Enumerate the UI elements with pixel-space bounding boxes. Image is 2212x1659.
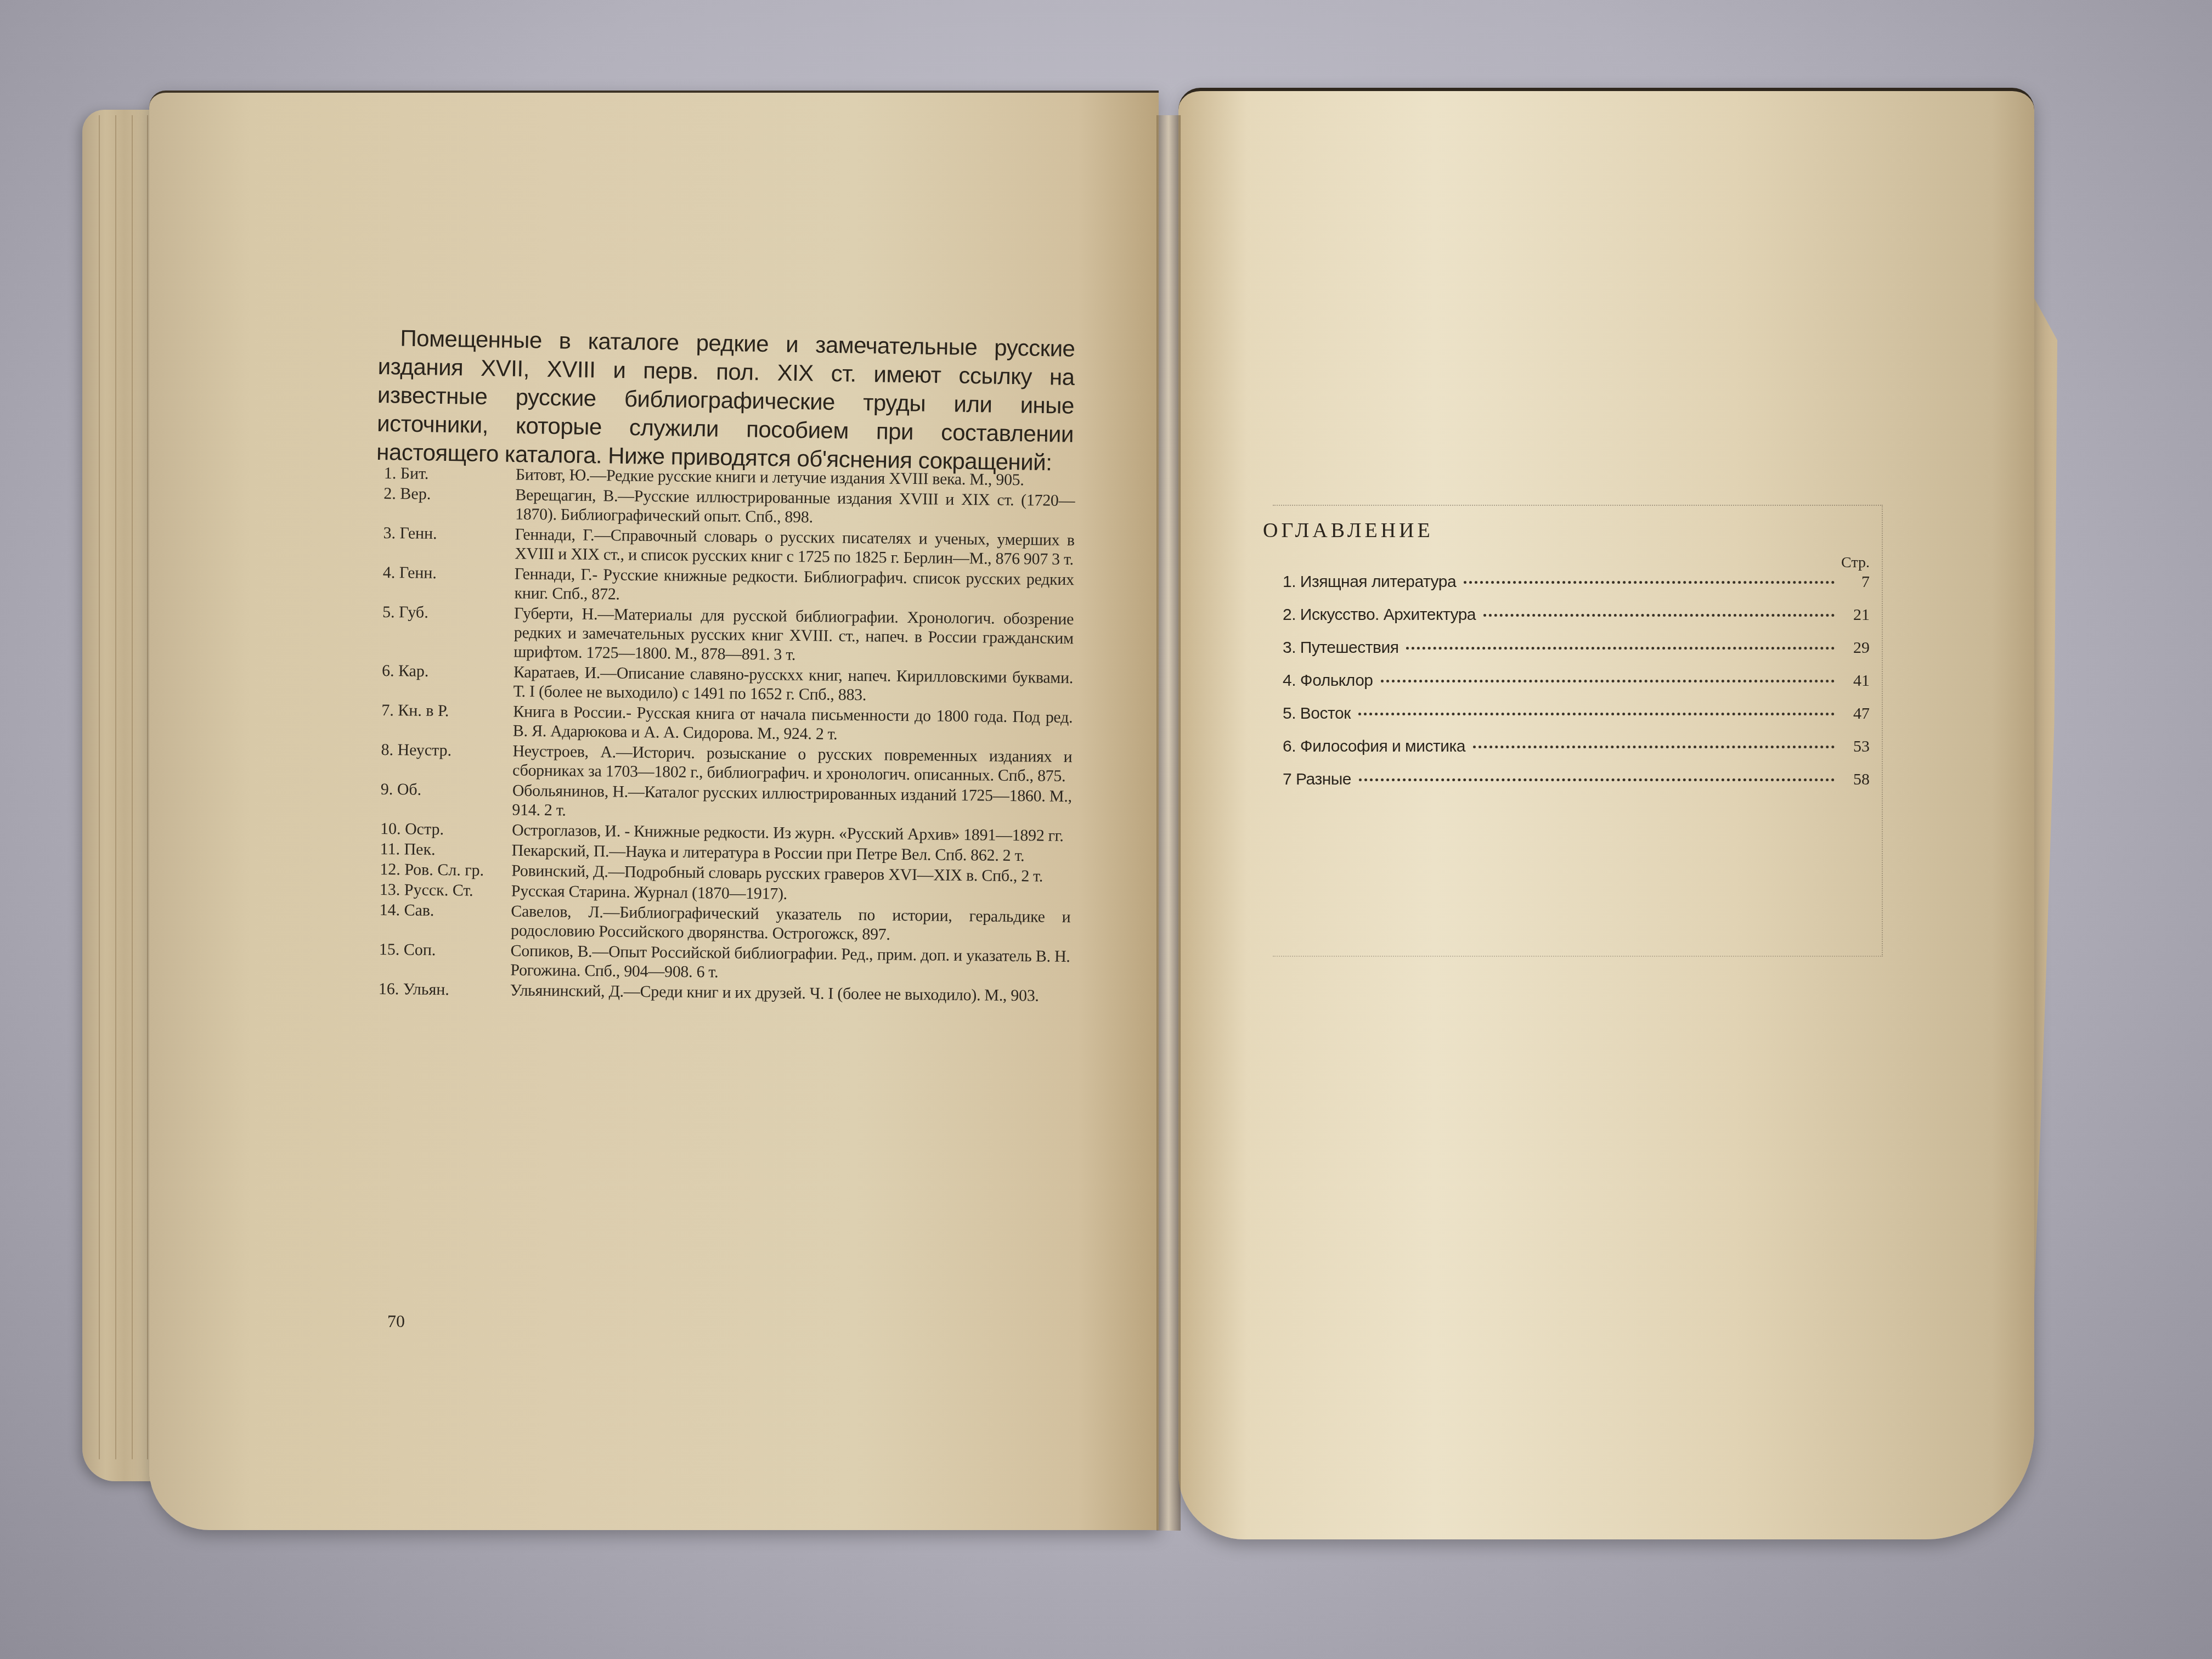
abbreviation-description: Каратаев, И.—Описание славяно-русскхх кн…	[513, 662, 1073, 707]
abbreviation-key: 14. Сав.	[379, 900, 511, 940]
dot-leader	[1359, 778, 1835, 781]
abbreviation-description: Геннади, Г.- Русские книжные редкости. Б…	[514, 565, 1074, 609]
abbreviation-entry: 7. Кн. в Р.Книга в России.- Русская книг…	[381, 701, 1073, 746]
abbreviation-key: 11. Пек.	[380, 839, 511, 860]
toc-entry-label: 5. Восток	[1283, 704, 1351, 723]
abbreviation-entry: 8. Неустр.Неустроев, А.—Историч. розыска…	[381, 740, 1073, 786]
toc-entry-page: 7	[1842, 573, 1870, 591]
abbreviation-description: Губерти, Н.—Материалы для русской библио…	[513, 603, 1074, 667]
abbreviation-entry: 5. Губ.Губерти, Н.—Материалы для русской…	[382, 602, 1074, 667]
abbreviation-key: 15. Соп.	[379, 940, 511, 980]
toc-entry-label: 1. Изящная литература	[1283, 573, 1456, 591]
abbreviation-key: 9. Об.	[380, 780, 512, 820]
toc-entry-page: 41	[1842, 672, 1870, 690]
open-book: Помещенные в каталоге редкие и замечател…	[0, 0, 2212, 1659]
intro-paragraph: Помещенные в каталоге редкие и замечател…	[376, 324, 1075, 477]
toc-entry-label: 3. Путешествия	[1283, 639, 1398, 657]
toc-entry-label: 7 Разные	[1283, 770, 1351, 789]
page-number: 70	[387, 1311, 405, 1331]
page-stack-edge	[82, 110, 159, 1481]
book-gutter	[1156, 115, 1181, 1531]
abbreviation-key: 12. Ров. Сл. гр.	[380, 860, 511, 881]
abbreviations-list: 1. Бит.Битовт, Ю.—Редкие русские книги и…	[379, 464, 1075, 1007]
abbreviation-entry: 9. Об.Обольянинов, Н.—Каталог русских ил…	[380, 780, 1072, 825]
dot-leader	[1406, 647, 1835, 650]
abbreviation-key: 4. Генн.	[382, 563, 515, 603]
abbreviation-description: Геннади, Г.—Справочный словарь о русских…	[515, 525, 1075, 569]
toc-entry: 4. Фольклор41	[1283, 672, 1870, 704]
dot-leader	[1381, 680, 1835, 682]
abbreviation-key: 16. Ульян.	[379, 979, 510, 1000]
dot-leader	[1483, 614, 1835, 617]
abbreviation-entry: 15. Соп.Сопиков, В.—Опыт Российской библ…	[379, 940, 1070, 985]
abbreviation-key: 10. Остр.	[380, 819, 512, 840]
toc-entry-page: 53	[1842, 737, 1870, 756]
abbreviation-description: Неустроев, А.—Историч. розыскание о русс…	[512, 741, 1073, 786]
abbreviation-entry: 14. Сав.Савелов, Л.—Библиографический ук…	[379, 900, 1071, 946]
toc-entry: 3. Путешествия29	[1283, 639, 1870, 672]
abbreviation-description: Верещагин, В.—Русские иллюстрированные и…	[515, 486, 1075, 530]
abbreviation-description: Сопиков, В.—Опыт Российской библиографии…	[510, 941, 1070, 985]
dot-leader	[1358, 713, 1835, 715]
toc-entry: 1. Изящная литература7	[1283, 573, 1870, 606]
abbreviation-key: 3. Генн.	[383, 523, 515, 563]
abbreviation-key: 6. Кар.	[381, 661, 513, 701]
abbreviation-key: 5. Губ.	[382, 602, 514, 662]
abbreviation-description: Книга в России.- Русская книга от начала…	[513, 702, 1073, 746]
toc-entry-label: 6. Философия и мистика	[1283, 737, 1465, 756]
abbreviation-entry: 4. Генн.Геннади, Г.- Русские книжные ред…	[382, 563, 1074, 608]
dot-leader	[1464, 581, 1835, 584]
toc-entry: 6. Философия и мистика53	[1283, 737, 1870, 770]
toc-entry-page: 21	[1842, 606, 1870, 624]
toc-entry: 7 Разные58	[1283, 770, 1870, 803]
abbreviation-description: Обольянинов, Н.—Каталог русских иллюстри…	[512, 781, 1072, 825]
toc-entry: 2. Искусство. Архитектура21	[1283, 606, 1870, 639]
abbreviation-key: 1. Бит.	[384, 464, 516, 484]
toc-entry: 5. Восток47	[1283, 704, 1870, 737]
abbreviation-entry: 6. Кар.Каратаев, И.—Описание славяно-рус…	[381, 661, 1073, 707]
toc-title: ОГЛАВЛЕНИЕ	[1263, 518, 1434, 543]
toc-entry-page: 29	[1842, 639, 1870, 657]
toc-entry-page: 47	[1842, 704, 1870, 723]
table-of-contents: Стр. 1. Изящная литература72. Искусство.…	[1283, 554, 1870, 803]
abbreviation-key: 2. Вер.	[383, 484, 516, 524]
abbreviation-key: 13. Русск. Ст.	[380, 880, 511, 901]
abbreviation-entry: 2. Вер.Верещагин, В.—Русские иллюстриров…	[383, 484, 1075, 529]
dot-leader	[1473, 746, 1835, 748]
toc-entry-page: 58	[1842, 770, 1870, 789]
toc-entry-label: 4. Фольклор	[1283, 672, 1373, 690]
toc-entry-label: 2. Искусство. Архитектура	[1283, 606, 1476, 624]
abbreviation-key: 7. Кн. в Р.	[381, 701, 513, 741]
abbreviation-entry: 3. Генн.Геннади, Г.—Справочный словарь о…	[383, 523, 1075, 569]
abbreviation-key: 8. Неустр.	[381, 740, 513, 780]
page-column-header: Стр.	[1283, 554, 1870, 573]
abbreviation-description: Савелов, Л.—Библиографический указатель …	[511, 901, 1071, 946]
